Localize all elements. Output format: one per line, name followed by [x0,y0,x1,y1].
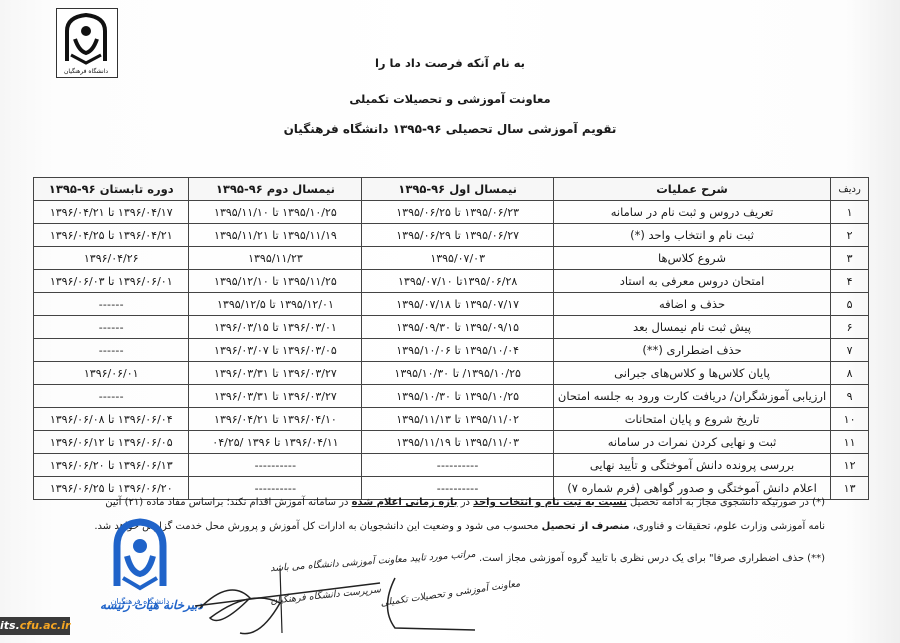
row-number: ۱۳ [831,477,869,500]
row-semester2-dates: ۱۳۹۵/۱۲/۰۱ تا ۱۳۹۵/۱۲/۵ [189,293,362,316]
table-row: ۴امتحان دروس معرفی به استاد۱۳۹۵/۰۶/۲۸تا … [34,270,869,293]
row-description: حذف و اضافه [553,293,830,316]
row-number: ۱۱ [831,431,869,454]
heading-department: معاونت آموزشی و تحصیلات تکمیلی [0,92,900,106]
table-row: ۹ارزیابی آموزشگران/ دریافت کارت ورود به … [34,385,869,408]
row-semester1-dates: ۱۳۹۵/۰۹/۱۵ تا ۱۳۹۵/۰۹/۳۰ [362,316,553,339]
row-description: حذف اضطراری (**) [553,339,830,362]
row-summer-dates: ۱۳۹۶/۰۶/۱۳ تا ۱۳۹۶/۰۶/۲۰ [34,454,189,477]
row-semester1-dates: ۱۳۹۵/۰۷/۰۳ [362,247,553,270]
row-summer-dates: ------ [34,385,189,408]
row-number: ۱۲ [831,454,869,477]
row-description: ثبت نام و انتخاب واحد (*) [553,224,830,247]
row-number: ۸ [831,362,869,385]
row-semester1-dates: ۱۳۹۵/۱۰/۲۵ تا ۱۳۹۵/۱۰/۳۰ [362,385,553,408]
table-row: ۶پیش ثبت نام نیمسال بعد۱۳۹۵/۰۹/۱۵ تا ۱۳۹… [34,316,869,339]
table-row: ۲ثبت نام و انتخاب واحد (*)۱۳۹۵/۰۶/۲۷ تا … [34,224,869,247]
table-row: ۱۱ثبت و نهایی کردن نمرات در سامانه۱۳۹۵/۱… [34,431,869,454]
row-semester2-dates: ۱۳۹۵/۱۱/۱۹ تا ۱۳۹۵/۱۱/۲۱ [189,224,362,247]
row-semester1-dates: ۱۳۹۵/۰۶/۲۸تا ۱۳۹۵/۰۷/۱۰ [362,270,553,293]
footnote-registration: (*) در صورتیکه دانشجوی مجاز به ادامه تحص… [5,497,825,508]
academic-calendar-table: ردیف شرح عملیات نیمسال اول ۹۶-۱۳۹۵ نیمسا… [33,177,869,500]
row-semester2-dates: ۱۳۹۶/۰۳/۲۷ تا ۱۳۹۶/۰۳/۳۱ [189,362,362,385]
header-semester2: نیمسال دوم ۹۶-۱۳۹۵ [189,178,362,201]
row-number: ۴ [831,270,869,293]
table-row: ۷حذف اضطراری (**)۱۳۹۵/۱۰/۰۴ تا ۱۳۹۵/۱۰/۰… [34,339,869,362]
table-row: ۱۲بررسی پرونده دانش آموختگی و تأیید نهای… [34,454,869,477]
table-row: ۳شروع کلاس‌ها۱۳۹۵/۰۷/۰۳۱۳۹۵/۱۱/۲۳۱۳۹۶/۰۴… [34,247,869,270]
header-summer: دوره تابستان ۹۶-۱۳۹۵ [34,178,189,201]
row-number: ۹ [831,385,869,408]
row-description: تعریف دروس و ثبت نام در سامانه [553,201,830,224]
header-row-number: ردیف [831,178,869,201]
row-semester2-dates: ۱۳۹۵/۱۱/۲۳ [189,247,362,270]
table-row: ۱تعریف دروس و ثبت نام در سامانه۱۳۹۵/۰۶/۲… [34,201,869,224]
row-semester1-dates: ۱۳۹۵/۱۰/۲۵/ تا ۱۳۹۵/۱۰/۳۰ [362,362,553,385]
row-number: ۵ [831,293,869,316]
row-number: ۱ [831,201,869,224]
page-title: تقویم آموزشی سال تحصیلی ۹۶-۱۳۹۵ دانشگاه … [0,122,900,136]
row-summer-dates: ۱۳۹۶/۰۴/۲۶ [34,247,189,270]
row-semester2-dates: ۱۳۹۶/۰۳/۲۷ تا ۱۳۹۶/۰۳/۳۱ [189,385,362,408]
header-semester1: نیمسال اول ۹۶-۱۳۹۵ [362,178,553,201]
row-semester1-dates: ۱۳۹۵/۱۱/۰۲ تا ۱۳۹۵/۱۱/۱۳ [362,408,553,431]
row-summer-dates: ۱۳۹۶/۰۶/۰۱ تا ۱۳۹۶/۰۶/۰۳ [34,270,189,293]
row-summer-dates: ------ [34,316,189,339]
row-semester2-dates: ۱۳۹۵/۱۱/۲۵ تا ۱۳۹۵/۱۲/۱۰ [189,270,362,293]
row-description: امتحان دروس معرفی به استاد [553,270,830,293]
row-semester1-dates: ۱۳۹۵/۱۱/۰۳ تا ۱۳۹۵/۱۱/۱۹ [362,431,553,454]
site-watermark: its.cfu.ac.ir [0,617,70,635]
table-row: ۱۰تاریخ شروع و پایان امتحانات۱۳۹۵/۱۱/۰۲ … [34,408,869,431]
heading-basmala: به نام آنکه فرصت داد ما را [0,56,900,70]
row-semester1-dates: ۱۳۹۵/۱۰/۰۴ تا ۱۳۹۵/۱۰/۰۶ [362,339,553,362]
header-description: شرح عملیات [553,178,830,201]
row-description: پیش ثبت نام نیمسال بعد [553,316,830,339]
row-number: ۷ [831,339,869,362]
stamp-text: دبیرخانه هیات رئیسه [100,598,203,612]
row-number: ۳ [831,247,869,270]
table-row: ۸پایان کلاس‌ها و کلاس‌های جبرانی۱۳۹۵/۱۰/… [34,362,869,385]
row-summer-dates: ------ [34,293,189,316]
row-semester1-dates: ۱۳۹۵/۰۷/۱۷ تا ۱۳۹۵/۰۷/۱۸ [362,293,553,316]
row-description: تاریخ شروع و پایان امتحانات [553,408,830,431]
row-description: ثبت و نهایی کردن نمرات در سامانه [553,431,830,454]
row-number: ۱۰ [831,408,869,431]
row-summer-dates: ۱۳۹۶/۰۶/۰۵ تا ۱۳۹۶/۰۶/۱۲ [34,431,189,454]
row-semester2-dates: ۱۳۹۵/۱۰/۲۵ تا ۱۳۹۵/۱۱/۱۰ [189,201,362,224]
row-description: ارزیابی آموزشگران/ دریافت کارت ورود به ج… [553,385,830,408]
table-header-row: ردیف شرح عملیات نیمسال اول ۹۶-۱۳۹۵ نیمسا… [34,178,869,201]
row-semester2-dates: ۱۳۹۶/۰۳/۰۱ تا ۱۳۹۶/۰۳/۱۵ [189,316,362,339]
row-description: پایان کلاس‌ها و کلاس‌های جبرانی [553,362,830,385]
row-semester2-dates: ---------- [189,454,362,477]
row-summer-dates: ------ [34,339,189,362]
row-description: شروع کلاس‌ها [553,247,830,270]
row-summer-dates: ۱۳۹۶/۰۶/۰۱ [34,362,189,385]
row-summer-dates: ۱۳۹۶/۰۶/۰۴ تا ۱۳۹۶/۰۶/۰۸ [34,408,189,431]
row-semester2-dates: ۱۳۹۶/۰۴/۱۰ تا ۱۳۹۶/۰۴/۲۱ [189,408,362,431]
document-page: دانشگاه فرهنگیان به نام آنکه فرصت داد ما… [0,0,900,643]
row-semester2-dates: ۱۳۹۶/۰۳/۰۵ تا ۱۳۹۶/۰۳/۰۷ [189,339,362,362]
row-summer-dates: ۱۳۹۶/۰۴/۱۷ تا ۱۳۹۶/۰۴/۲۱ [34,201,189,224]
row-description: بررسی پرونده دانش آموختگی و تأیید نهایی [553,454,830,477]
row-summer-dates: ۱۳۹۶/۰۴/۲۱ تا ۱۳۹۶/۰۴/۲۵ [34,224,189,247]
row-semester1-dates: ۱۳۹۵/۰۶/۲۳ تا ۱۳۹۵/۰۶/۲۵ [362,201,553,224]
row-semester2-dates: ۱۳۹۶/۰۴/۱۱ تا ۱۳۹۶ /۰۴/۲۵ [189,431,362,454]
row-semester1-dates: ۱۳۹۵/۰۶/۲۷ تا ۱۳۹۵/۰۶/۲۹ [362,224,553,247]
row-semester1-dates: ---------- [362,454,553,477]
row-number: ۶ [831,316,869,339]
table-row: ۵حذف و اضافه۱۳۹۵/۰۷/۱۷ تا ۱۳۹۵/۰۷/۱۸۱۳۹۵… [34,293,869,316]
row-number: ۲ [831,224,869,247]
